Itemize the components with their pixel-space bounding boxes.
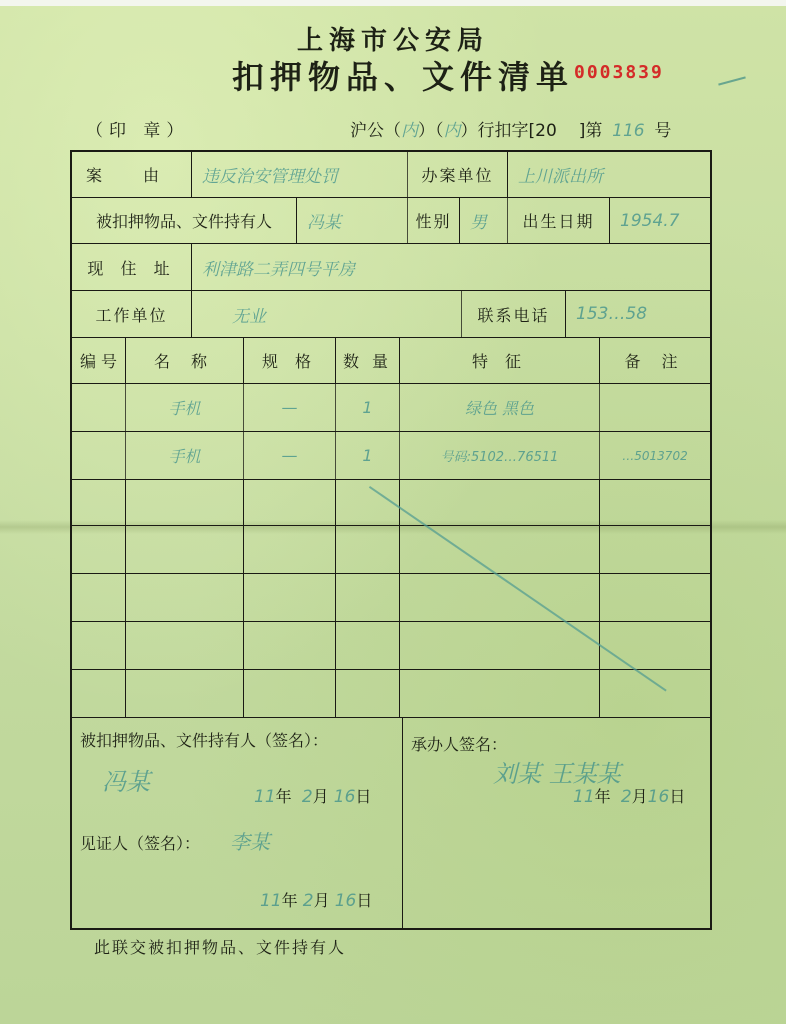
doc-mid2: ）行扣字[20 [461, 121, 557, 141]
item-spec [244, 480, 336, 525]
phone-value: 153…58 [566, 291, 710, 337]
item-quantity [336, 622, 400, 669]
officer-signature-box: 承办人签名： 刘某 王某某 11年 2月16日 [403, 718, 710, 928]
holder-signature-label: 被扣押物品、文件持有人（签名）： [80, 728, 328, 751]
doc-unit-hw: 内 [444, 121, 461, 141]
employer-label: 工作单位 [72, 291, 192, 337]
handling-unit-value: 上川派出所 [508, 152, 710, 197]
gender-value: 男 [460, 198, 508, 243]
footer-note: 此联交被扣押物品、文件持有人 [94, 935, 346, 958]
serial-number: 0003839 [574, 62, 664, 83]
table-row: 手机 — 1 号码:5102…76511 …5013702 [72, 432, 710, 480]
table-row [72, 670, 710, 718]
doc-mid1: ）（ [418, 121, 444, 141]
doc-number-hw: 116 [602, 121, 654, 141]
table-row: 手机 — 1 绿色 黑色 [72, 384, 710, 432]
doc-district-hw: 内 [401, 121, 418, 141]
col-remarks-header: 备 注 [600, 338, 710, 383]
item-spec: — [244, 384, 336, 431]
item-remarks [600, 526, 710, 573]
item-name [126, 622, 244, 669]
item-name [126, 526, 244, 573]
item-quantity: 1 [336, 432, 400, 479]
item-name [126, 670, 244, 717]
holder-row: 被扣押物品、文件持有人 冯某 性别 男 出生日期 1954.7 [72, 198, 710, 244]
document-title: 扣押物品、文件清单 [232, 52, 574, 98]
item-spec [244, 622, 336, 669]
birth-date-value: 1954.7 [610, 198, 710, 243]
case-reason-label: 案 由 [72, 152, 192, 197]
holder-signature-date: 11年 2月 16日 [254, 784, 371, 807]
table-row [72, 526, 710, 574]
employer-row: 工作单位 无业 联系电话 153…58 [72, 291, 710, 338]
item-feature [400, 574, 600, 621]
item-name [126, 574, 244, 621]
col-spec-header: 规 格 [244, 338, 336, 383]
item-remarks [600, 622, 710, 669]
seizure-form-table: 案 由 违反治安管理处罚 办案单位 上川派出所 被扣押物品、文件持有人 冯某 性… [70, 150, 712, 930]
doc-suffix: 号 [654, 121, 671, 141]
holder-value: 冯某 [297, 198, 408, 243]
witness-signature: 李某 [230, 826, 270, 855]
item-remarks [600, 480, 710, 525]
document-number-line: 沪公（内）（内）行扣字[20]第116号 [350, 116, 671, 141]
col-number-header: 编 号 [72, 338, 126, 383]
table-row [72, 574, 710, 622]
birth-date-label: 出生日期 [508, 198, 610, 243]
item-remarks: …5013702 [600, 432, 710, 479]
phone-label: 联系电话 [462, 291, 566, 337]
item-quantity [336, 526, 400, 573]
item-feature [400, 670, 600, 717]
pen-mark [718, 76, 746, 85]
item-remarks [600, 574, 710, 621]
address-value: 利津路二弄四号平房 [192, 244, 710, 290]
item-name [126, 480, 244, 525]
item-feature: 绿色 黑色 [400, 384, 600, 431]
case-reason-row: 案 由 违反治安管理处罚 办案单位 上川派出所 [72, 152, 710, 198]
handling-unit-label: 办案单位 [408, 152, 508, 197]
item-number [72, 432, 126, 479]
holder-label: 被扣押物品、文件持有人 [72, 198, 297, 243]
holder-signature: 冯某 [102, 762, 150, 797]
items-header-row: 编 号 名 称 规 格 数 量 特 征 备 注 [72, 338, 710, 384]
item-feature [400, 526, 600, 573]
employer-value: 无业 [192, 291, 462, 337]
holder-witness-signature-box: 被扣押物品、文件持有人（签名）： 冯某 11年 2月 16日 见证人（签名）： … [72, 718, 403, 928]
page-top-edge [0, 0, 786, 6]
col-feature-header: 特 征 [400, 338, 600, 383]
item-number [72, 574, 126, 621]
doc-prefix: 沪公（ [350, 121, 401, 141]
seal-label: （印 章） [86, 116, 189, 141]
item-spec: — [244, 432, 336, 479]
item-number [72, 480, 126, 525]
gender-label: 性别 [408, 198, 460, 243]
item-spec [244, 526, 336, 573]
item-quantity: 1 [336, 384, 400, 431]
item-number [72, 622, 126, 669]
case-reason-value: 违反治安管理处罚 [192, 152, 408, 197]
doc-mid3: ]第 [579, 121, 603, 141]
item-number [72, 526, 126, 573]
item-remarks [600, 384, 710, 431]
officer-signature-label: 承办人签名： [411, 732, 507, 755]
witness-signature-label: 见证人（签名）： [80, 831, 200, 854]
item-number [72, 670, 126, 717]
item-quantity [336, 670, 400, 717]
signature-area: 被扣押物品、文件持有人（签名）： 冯某 11年 2月 16日 见证人（签名）： … [72, 718, 710, 928]
item-name: 手机 [126, 384, 244, 431]
item-feature: 号码:5102…76511 [400, 432, 600, 479]
table-row [72, 622, 710, 670]
item-spec [244, 670, 336, 717]
item-number [72, 384, 126, 431]
col-name-header: 名 称 [126, 338, 244, 383]
item-name: 手机 [126, 432, 244, 479]
item-remarks [600, 670, 710, 717]
witness-signature-date: 11年 2月 16日 [260, 888, 372, 911]
officer-signature-date: 11年 2月16日 [573, 784, 685, 807]
item-feature [400, 480, 600, 525]
address-row: 现 住 址 利津路二弄四号平房 [72, 244, 710, 291]
item-feature [400, 622, 600, 669]
address-label: 现 住 址 [72, 244, 192, 290]
item-quantity [336, 574, 400, 621]
item-spec [244, 574, 336, 621]
col-quantity-header: 数 量 [336, 338, 400, 383]
